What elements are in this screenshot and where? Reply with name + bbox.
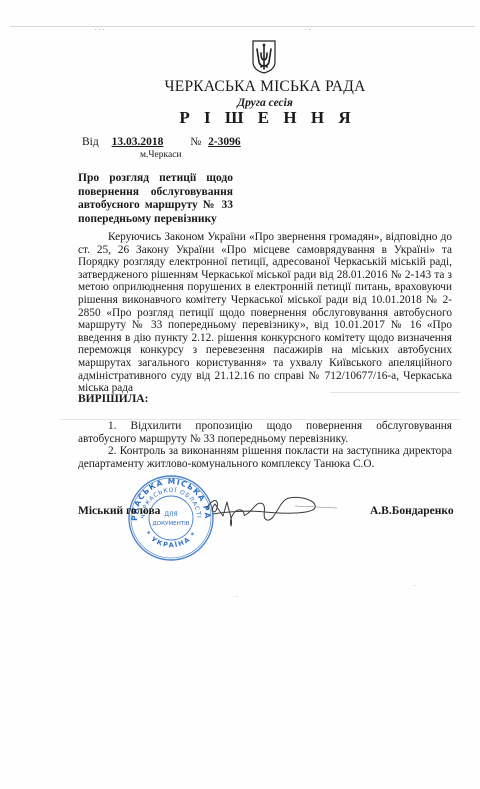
city-label: м.Черкаси xyxy=(140,150,182,160)
svg-text:* УКРАЇНА *: * УКРАЇНА * xyxy=(143,530,198,550)
stamp-center-line1: ДЛЯ xyxy=(164,511,177,518)
decision-meta: Від 13.03.2018 № 2-3096 xyxy=(82,136,241,148)
decision-subject: Про розгляд петиції щодо повернення обсл… xyxy=(78,172,233,226)
trident-coat-of-arms-icon xyxy=(252,40,276,74)
official-stamp: ЧЕРКАСЬКА МІСЬКА РАДА ЧЕРКАСЬКОЇ ОБЛАСТІ… xyxy=(127,474,215,562)
decision-number: 2-3096 xyxy=(208,136,241,148)
handwritten-signature xyxy=(205,490,340,530)
stamp-bottom-text: * УКРАЇНА * xyxy=(143,530,198,550)
signatory-role: Міський голова xyxy=(78,505,160,517)
scan-speck xyxy=(305,29,306,30)
scan-speck xyxy=(103,29,104,30)
stamp-center-line2: ДОКУМЕНТІВ xyxy=(153,521,190,527)
document-page: ЧЕРКАСЬКА МІСЬКА РАДА Друга сесія Р І Ш … xyxy=(0,0,480,789)
document-type-title: Р І Ш Е Н Н Я xyxy=(0,108,480,128)
scan-speck xyxy=(414,585,415,586)
decision-date: 13.03.2018 xyxy=(112,136,164,148)
resolution-item: 2. Контроль за виконанням рішення поклас… xyxy=(78,445,452,470)
scan-speck xyxy=(95,29,96,30)
signatory-name: А.В.Бондаренко xyxy=(370,505,454,517)
resolved-heading: ВИРІШИЛА: xyxy=(78,393,148,405)
council-name: ЧЕРКАСЬКА МІСЬКА РАДА xyxy=(0,78,480,96)
scan-speck xyxy=(309,29,310,30)
scan-artifact-line xyxy=(10,26,475,27)
scan-speck xyxy=(236,596,237,597)
preamble-paragraph: Керуючись Законом України «Про звернення… xyxy=(78,231,452,395)
resolution-item: 1. Відхилити пропозицію щодо повернення … xyxy=(78,420,452,445)
date-label: Від xyxy=(82,136,99,148)
scan-speck xyxy=(99,29,100,30)
number-label: № xyxy=(190,136,201,148)
resolution-items: 1. Відхилити пропозицію щодо повернення … xyxy=(78,420,452,470)
